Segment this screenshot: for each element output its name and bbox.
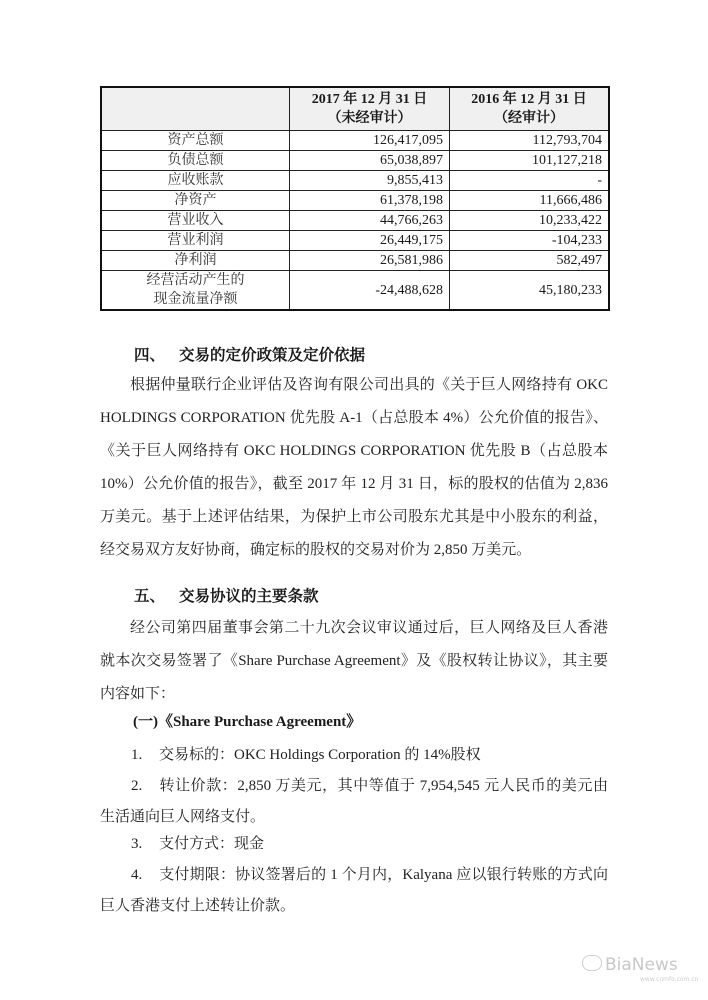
section-4-number: 四、 (134, 343, 179, 365)
list-item-text: 支付期限：协议签署后的 1 个月内，Kalyana 应以银行转账的方式向巨人香港… (100, 867, 608, 914)
row-label-line1: 经营活动产生的 (108, 271, 283, 290)
section-5-heading: 五、交易协议的主要条款 (134, 584, 319, 606)
section-4-paragraph: 根据仲量联行企业评估及咨询有限公司出具的《关于巨人网络持有 OKC HOLDIN… (100, 369, 608, 567)
section-4-title: 交易的定价政策及定价依据 (179, 346, 365, 364)
value-2016: - (450, 171, 610, 191)
section-5-title: 交易协议的主要条款 (179, 587, 319, 605)
header-2017-note: （未经审计） (296, 109, 443, 128)
table-row: 净资产 61,378,198 11,666,486 (101, 191, 609, 211)
sub-heading-spa: (一)《Share Purchase Agreement》 (133, 710, 361, 731)
value-2016: 582,497 (450, 251, 610, 271)
value-2017: 44,766,263 (290, 211, 450, 231)
section-5-number: 五、 (134, 584, 179, 606)
header-2016-note: （经审计） (456, 109, 602, 128)
list-item-index: 3. (131, 829, 159, 860)
table-row: 应收账款 9,855,413 - (101, 171, 609, 191)
value-2017: 61,378,198 (290, 191, 450, 211)
section-4-heading: 四、交易的定价政策及定价依据 (134, 343, 365, 365)
value-2016: -104,233 (450, 231, 610, 251)
table-row: 净利润 26,581,986 582,497 (101, 251, 609, 271)
row-label: 营业收入 (101, 211, 290, 231)
document-page: 2017 年 12 月 31 日 （未经审计） 2016 年 12 月 31 日… (0, 0, 708, 1000)
header-2016-date: 2016 年 12 月 31 日 (456, 90, 602, 109)
table-header-2017: 2017 年 12 月 31 日 （未经审计） (290, 87, 450, 131)
list-item: 2.转让价款：2,850 万美元，其中等值于 7,954,545 元人民币的美元… (100, 771, 608, 833)
list-item-index: 2. (131, 771, 159, 802)
value-2017: 26,449,175 (290, 231, 450, 251)
financial-table: 2017 年 12 月 31 日 （未经审计） 2016 年 12 月 31 日… (100, 86, 610, 311)
value-2016: 112,793,704 (450, 131, 610, 151)
wechat-icon (582, 955, 602, 971)
table-row: 营业收入 44,766,263 10,233,422 (101, 211, 609, 231)
row-label: 负债总额 (101, 151, 290, 171)
value-2016: 10,233,422 (450, 211, 610, 231)
row-label: 净资产 (101, 191, 290, 211)
row-label: 应收账款 (101, 171, 290, 191)
value-2017: 9,855,413 (290, 171, 450, 191)
table-row: 负债总额 65,038,897 101,127,218 (101, 151, 609, 171)
list-item-text: 转让价款：2,850 万美元，其中等值于 7,954,545 元人民币的美元由生… (100, 778, 608, 825)
list-item: 1.交易标的：OKC Holdings Corporation 的 14%股权 (100, 740, 608, 771)
list-item-text: 交易标的：OKC Holdings Corporation 的 14%股权 (159, 747, 481, 763)
table-row: 经营活动产生的 现金流量净额 -24,488,628 45,180,233 (101, 271, 609, 311)
table-row: 资产总额 126,417,095 112,793,704 (101, 131, 609, 151)
section-5-paragraph: 经公司第四届董事会第二十九次会议审议通过后，巨人网络及巨人香港就本次交易签署了《… (100, 612, 608, 711)
watermark-brand: BiaNews (605, 955, 678, 975)
value-2017: 26,581,986 (290, 251, 450, 271)
table-header-2016: 2016 年 12 月 31 日 （经审计） (450, 87, 610, 131)
watermark: BiaNews (582, 955, 678, 975)
value-2017: 126,417,095 (290, 131, 450, 151)
value-2016: 101,127,218 (450, 151, 610, 171)
table-row: 营业利润 26,449,175 -104,233 (101, 231, 609, 251)
row-label-line2: 现金流量净额 (108, 290, 283, 309)
value-2017: -24,488,628 (290, 271, 450, 311)
list-item-text: 支付方式：现金 (159, 836, 264, 852)
list-item-index: 1. (131, 740, 159, 771)
row-label: 净利润 (101, 251, 290, 271)
table-header-blank (101, 87, 290, 131)
list-item: 4.支付期限：协议签署后的 1 个月内，Kalyana 应以银行转账的方式向巨人… (100, 860, 608, 922)
watermark-sub: www.cnmfo.com.cn (640, 976, 698, 983)
header-2017-date: 2017 年 12 月 31 日 (296, 90, 443, 109)
value-2016: 45,180,233 (450, 271, 610, 311)
row-label: 营业利润 (101, 231, 290, 251)
list-item: 3.支付方式：现金 (100, 829, 608, 860)
list-item-index: 4. (131, 860, 159, 891)
value-2017: 65,038,897 (290, 151, 450, 171)
value-2016: 11,666,486 (450, 191, 610, 211)
row-label: 经营活动产生的 现金流量净额 (101, 271, 290, 311)
row-label: 资产总额 (101, 131, 290, 151)
table-header-row: 2017 年 12 月 31 日 （未经审计） 2016 年 12 月 31 日… (101, 87, 609, 131)
